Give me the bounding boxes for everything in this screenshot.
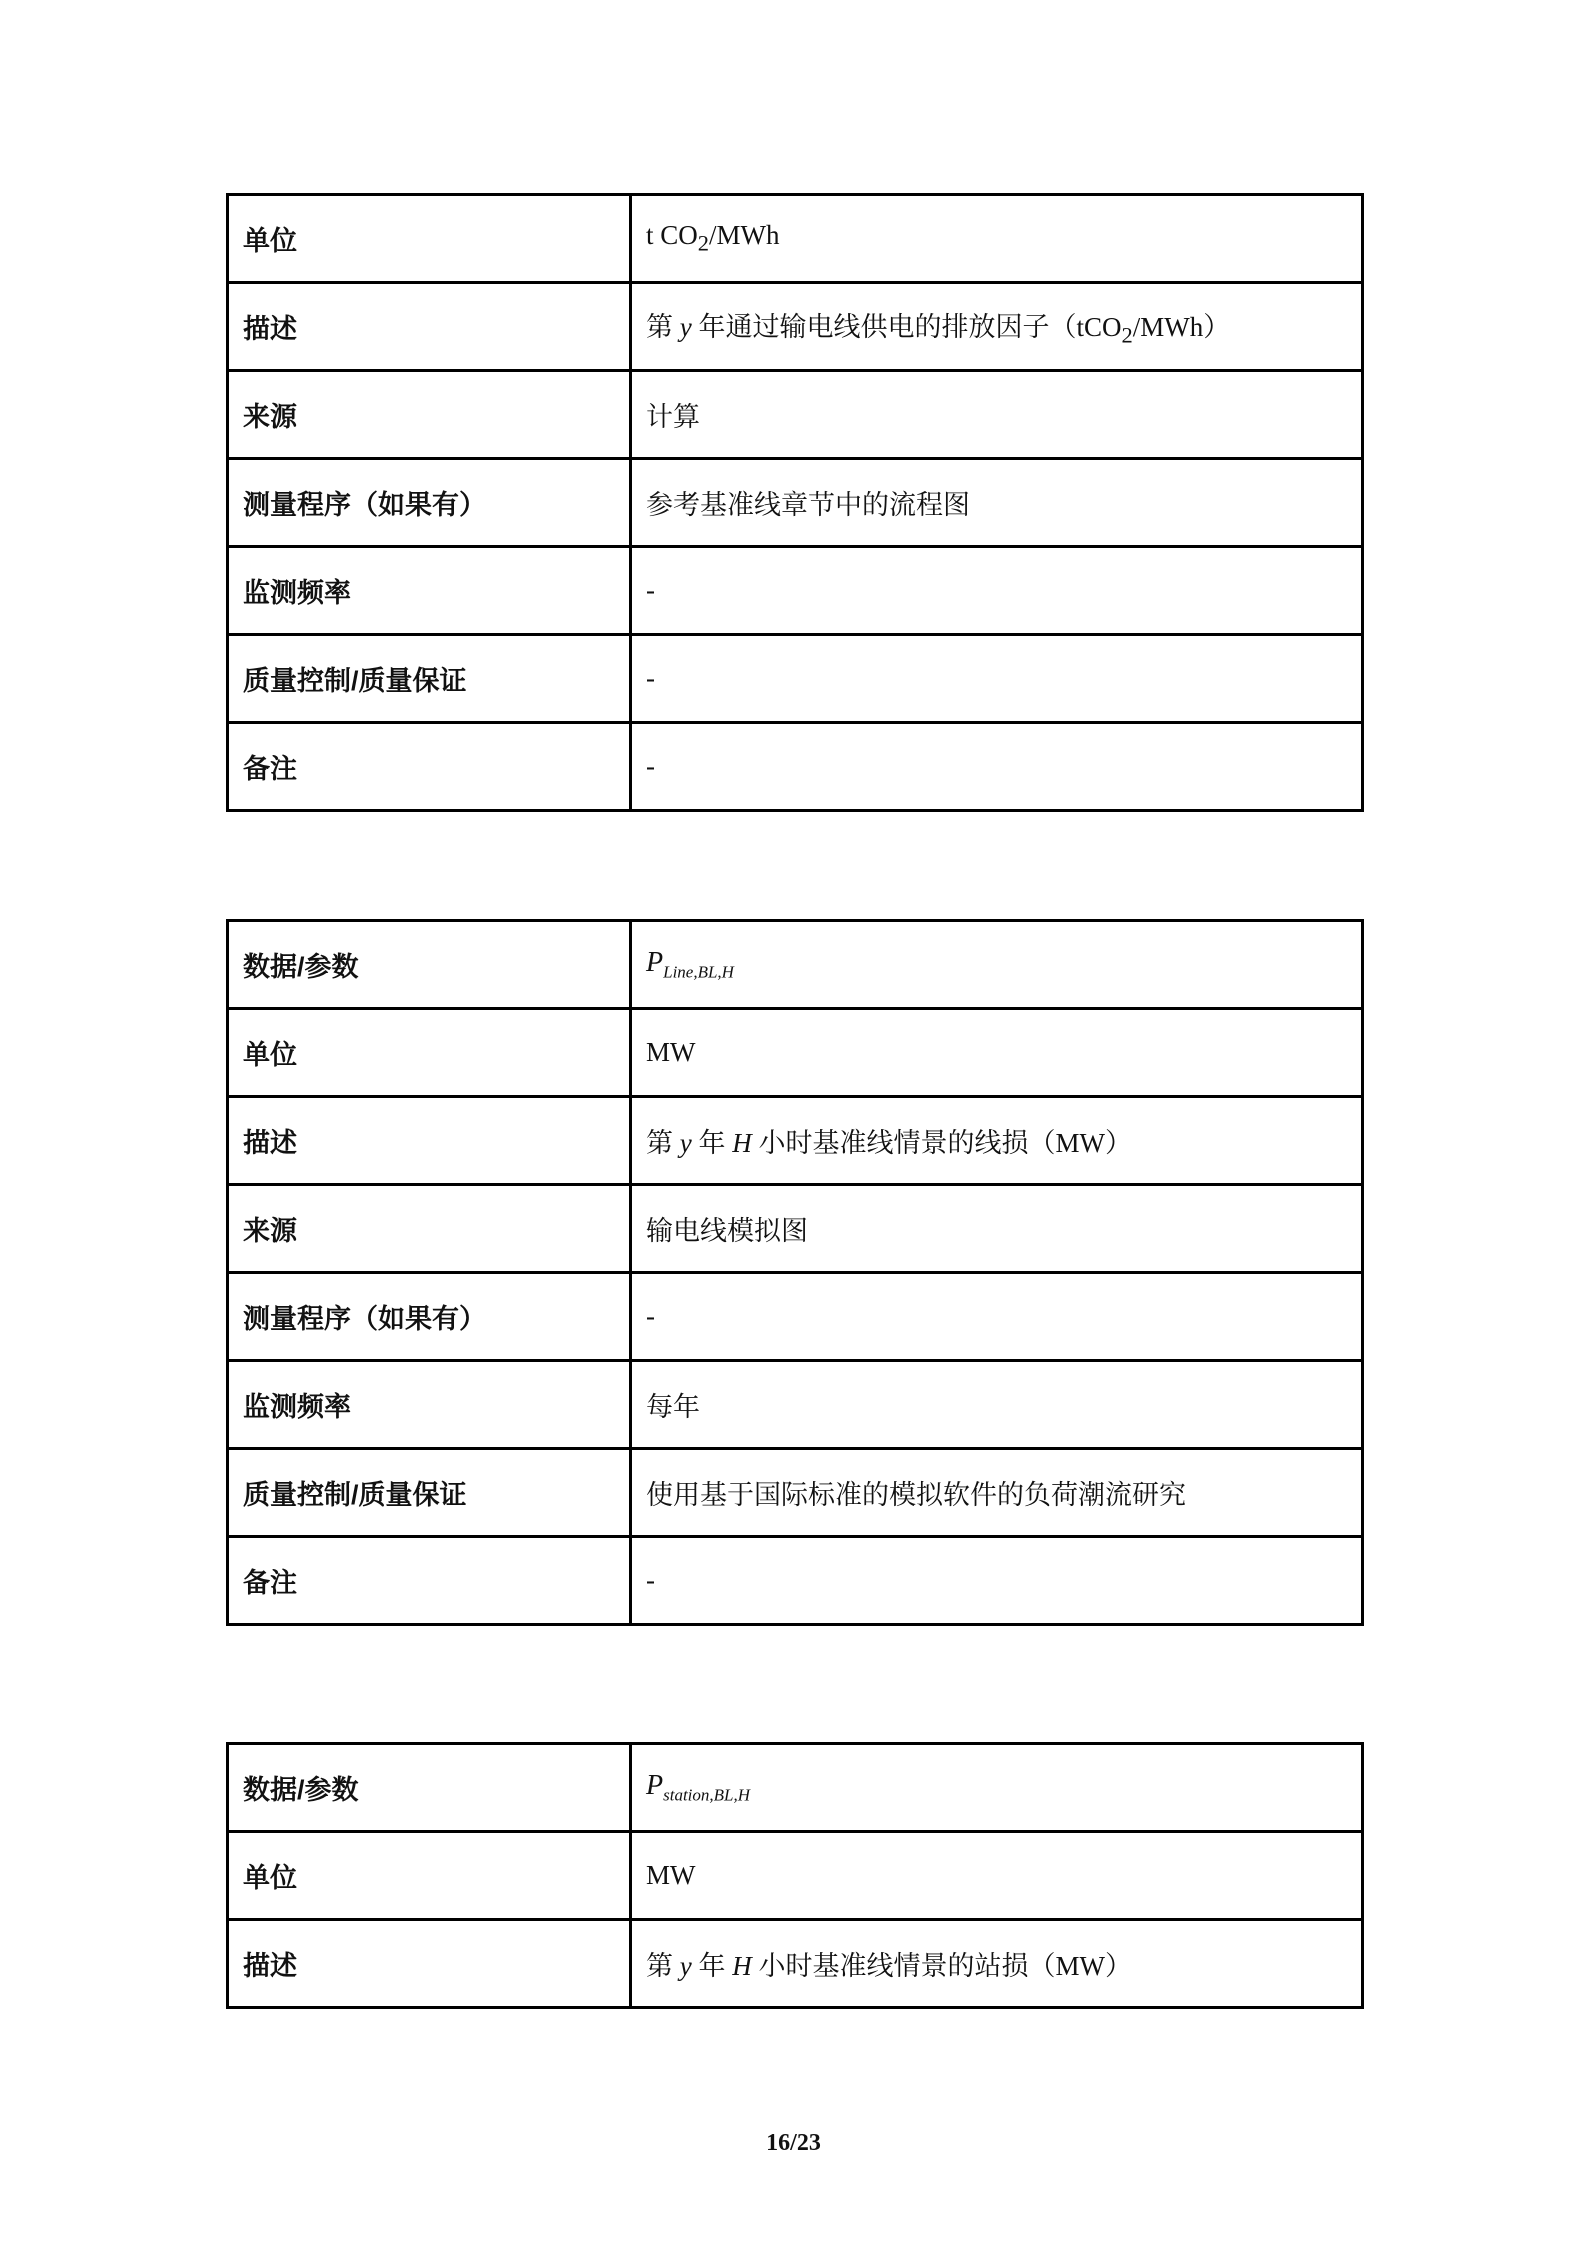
table-row: 单位t CO2/MWh: [228, 195, 1363, 283]
row-value: -: [631, 547, 1363, 635]
row-label: 数据/参数: [228, 921, 631, 1009]
row-value: 第 y 年 H 小时基准线情景的站损（MW）: [631, 1920, 1363, 2008]
table-row: 监测频率-: [228, 547, 1363, 635]
row-label: 描述: [228, 1097, 631, 1185]
table-row: 描述第 y 年 H 小时基准线情景的站损（MW）: [228, 1920, 1363, 2008]
row-label: 监测频率: [228, 547, 631, 635]
row-label: 监测频率: [228, 1361, 631, 1449]
table-row: 测量程序（如果有）-: [228, 1273, 1363, 1361]
row-label: 质量控制/质量保证: [228, 1449, 631, 1537]
row-value: 每年: [631, 1361, 1363, 1449]
row-label: 备注: [228, 723, 631, 811]
page-number: 16/23: [0, 2130, 1587, 2157]
row-value: -: [631, 1273, 1363, 1361]
row-value: 计算: [631, 371, 1363, 459]
row-label: 描述: [228, 1920, 631, 2008]
row-label: 质量控制/质量保证: [228, 635, 631, 723]
row-label: 单位: [228, 1832, 631, 1920]
row-value: 参考基准线章节中的流程图: [631, 459, 1363, 547]
row-value: Pstation,BL,H: [631, 1744, 1363, 1832]
row-value: 第 y 年通过输电线供电的排放因子（tCO2/MWh）: [631, 283, 1363, 371]
parameter-table-emission-factor: 单位t CO2/MWh描述第 y 年通过输电线供电的排放因子（tCO2/MWh）…: [226, 193, 1364, 812]
row-value: PLine,BL,H: [631, 921, 1363, 1009]
row-value: -: [631, 635, 1363, 723]
parameter-table-line-loss: 数据/参数PLine,BL,H单位MW描述第 y 年 H 小时基准线情景的线损（…: [226, 919, 1364, 1626]
table-row: 数据/参数PLine,BL,H: [228, 921, 1363, 1009]
row-label: 单位: [228, 195, 631, 283]
parameter-table-station-loss: 数据/参数Pstation,BL,H单位MW描述第 y 年 H 小时基准线情景的…: [226, 1742, 1364, 2009]
row-value: t CO2/MWh: [631, 195, 1363, 283]
row-label: 描述: [228, 283, 631, 371]
row-label: 测量程序（如果有）: [228, 459, 631, 547]
row-value: MW: [631, 1832, 1363, 1920]
row-label: 备注: [228, 1537, 631, 1625]
table-row: 备注-: [228, 723, 1363, 811]
table-row: 描述第 y 年通过输电线供电的排放因子（tCO2/MWh）: [228, 283, 1363, 371]
row-value: 输电线模拟图: [631, 1185, 1363, 1273]
table-row: 监测频率每年: [228, 1361, 1363, 1449]
table-row: 数据/参数Pstation,BL,H: [228, 1744, 1363, 1832]
table-row: 来源输电线模拟图: [228, 1185, 1363, 1273]
row-label: 来源: [228, 371, 631, 459]
table-row: 描述第 y 年 H 小时基准线情景的线损（MW）: [228, 1097, 1363, 1185]
table-row: 备注-: [228, 1537, 1363, 1625]
row-label: 来源: [228, 1185, 631, 1273]
row-value: -: [631, 723, 1363, 811]
table-row: 来源计算: [228, 371, 1363, 459]
row-value: MW: [631, 1009, 1363, 1097]
table-row: 测量程序（如果有）参考基准线章节中的流程图: [228, 459, 1363, 547]
row-label: 单位: [228, 1009, 631, 1097]
row-label: 数据/参数: [228, 1744, 631, 1832]
table-row: 单位MW: [228, 1009, 1363, 1097]
row-value: 第 y 年 H 小时基准线情景的线损（MW）: [631, 1097, 1363, 1185]
row-label: 测量程序（如果有）: [228, 1273, 631, 1361]
row-value: -: [631, 1537, 1363, 1625]
table-row: 单位MW: [228, 1832, 1363, 1920]
table-row: 质量控制/质量保证使用基于国际标准的模拟软件的负荷潮流研究: [228, 1449, 1363, 1537]
table-row: 质量控制/质量保证-: [228, 635, 1363, 723]
row-value: 使用基于国际标准的模拟软件的负荷潮流研究: [631, 1449, 1363, 1537]
